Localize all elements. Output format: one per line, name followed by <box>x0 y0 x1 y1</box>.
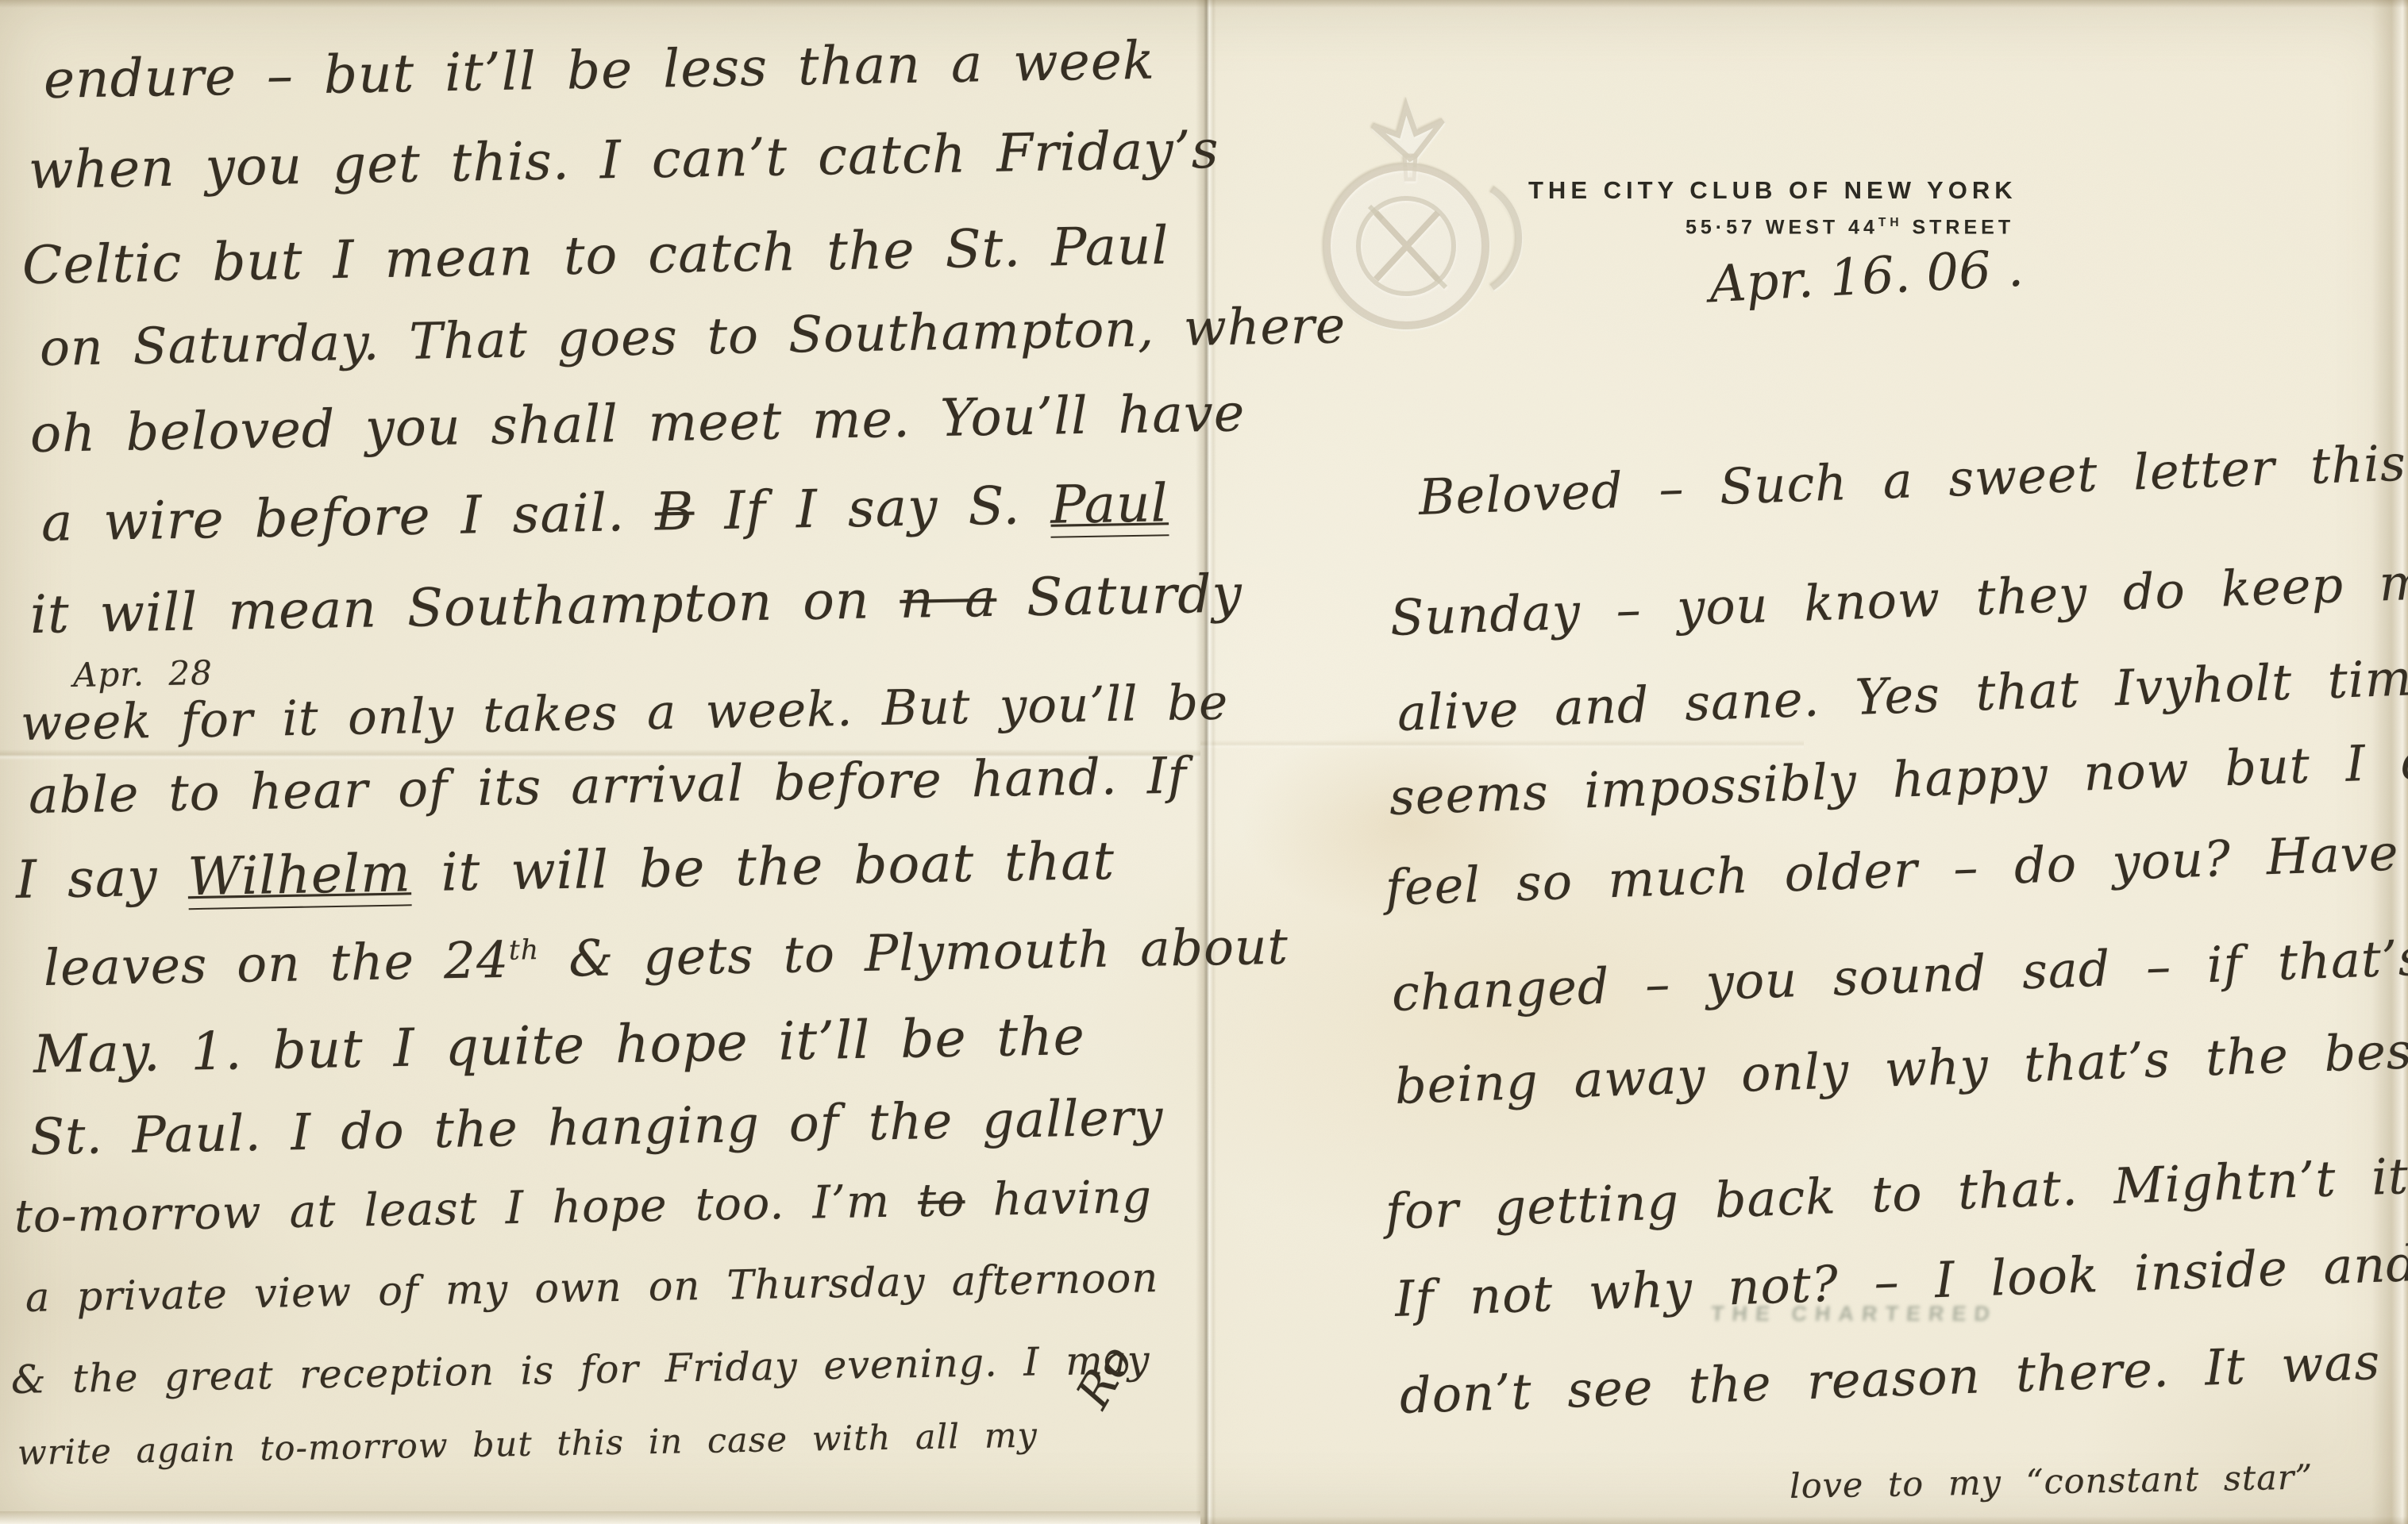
handwriting-line: seems impossibly happy now but I don’t <box>1389 729 2408 826</box>
handwriting-line: don’t see the reason there. It was perfe… <box>1399 1325 2408 1425</box>
handwriting-line: leaves on the 24th & gets to Plymouth ab… <box>43 918 1289 997</box>
right-page-body: Beloved – Such a sweet letter thisSunday… <box>1211 0 2408 1524</box>
handwriting-line: Apr. 28 <box>73 653 214 695</box>
ghost-ink-stamp: THE CHARTERED <box>1710 1302 1998 1326</box>
handwriting-line: Celtic but I mean to catch the St. Paul <box>21 215 1169 296</box>
right-page: THE CITY CLUB OF NEW YORK 55·57 WEST 44T… <box>1211 0 2408 1524</box>
handwriting-line: I say Wilhelm it will be the boat that <box>15 830 1115 910</box>
handwriting-line: on Saturday. That goes to Southampton, w… <box>39 296 1346 377</box>
handwriting-line: endure – but it’ll be less than a week <box>43 30 1155 110</box>
handwriting-line: to-morrow at least I hope too. I’m to ha… <box>13 1171 1152 1243</box>
handwriting-line: changed – you sound sad – if that’s my <box>1391 925 2408 1022</box>
handwriting-line: being away only why that’s the best thin… <box>1394 1015 2408 1115</box>
handwriting-line: a wire before I sail. B If I say S. Paul <box>40 472 1169 553</box>
handwriting-line: Sunday – you know they do keep me <box>1389 552 2408 647</box>
handwriting-line: oh beloved you shall meet me. You’ll hav… <box>29 383 1246 464</box>
letter-scan: endure – but it’ll be less than a weekwh… <box>0 0 2408 1524</box>
handwriting-line: Beloved – Such a sweet letter this <box>1418 434 2407 526</box>
handwriting-line: able to hear of its arrival before hand.… <box>28 747 1187 825</box>
handwriting-line: when you get this. I can’t catch Friday’… <box>28 119 1219 201</box>
handwriting-line: for getting back to that. Mightn’t it be… <box>1385 1143 2408 1241</box>
handwriting-line: alive and sane. Yes that Ivyholt time <box>1397 648 2408 742</box>
handwriting-line: St. Paul. I do the hanging of the galler… <box>29 1088 1164 1166</box>
handwriting-line: feel so much older – do you? Have things <box>1385 817 2408 917</box>
handwriting-line: write again to-morrow but this in case w… <box>17 1416 1038 1473</box>
handwriting-line: a private view of my own on Thursday aft… <box>25 1255 1158 1322</box>
handwriting-line: May. 1. but I quite hope it’ll be the <box>33 1006 1085 1085</box>
handwriting-line: & the great reception is for Friday even… <box>11 1337 1151 1403</box>
handwriting-line: it will mean Southampton on n a Saturdy <box>29 563 1243 645</box>
